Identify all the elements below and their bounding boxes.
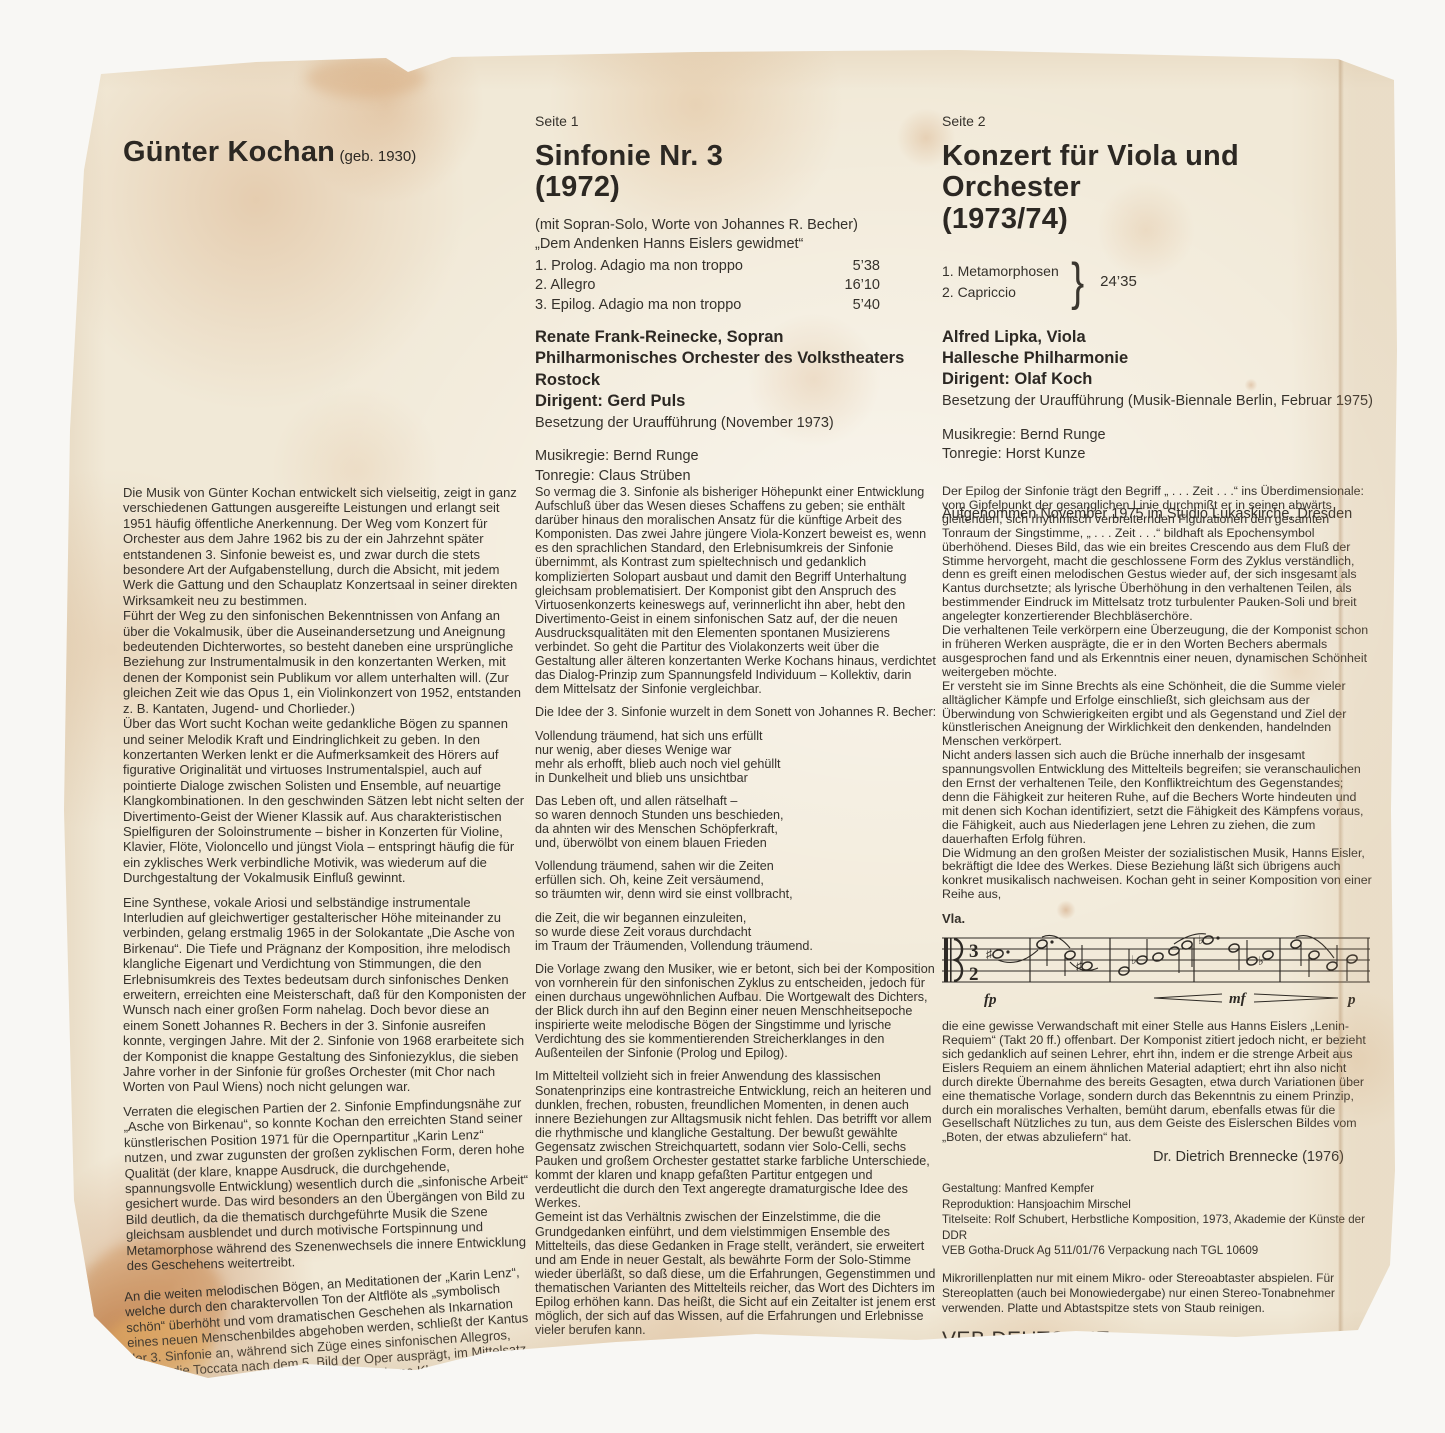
essay-paragraph: Der Epilog der Sinfonie trägt den Begrif… — [942, 485, 1372, 624]
composer-name: Günter Kochan — [123, 136, 335, 168]
essay-paragraph: Im Mittelteil vollzieht sich in freier A… — [535, 1069, 937, 1210]
composer-birth-year: (geb. 1930) — [340, 148, 417, 165]
side1-premiere-note: Besetzung der Uraufführung (November 197… — [535, 414, 955, 434]
side2-production-credits: Musikregie: Bernd Runge Tonregie: Horst … — [942, 426, 1382, 465]
essay-column-right: Der Epilog der Sinfonie trägt den Begrif… — [942, 485, 1372, 1415]
price-label: 10,10 M — [1274, 1362, 1372, 1390]
track-row: 1. Prolog. Adagio ma non troppo 5’38 — [535, 257, 880, 277]
track-row: 2. Allegro 16’10 — [535, 276, 880, 296]
poem-stanza: Das Leben oft, und allen rätselhaft – so… — [535, 794, 937, 850]
publisher-block: VEB DEUTSCHE SCHALLPLATTEN BERLIN DDR Ma… — [942, 1328, 1372, 1415]
svg-text:♯: ♯ — [1076, 959, 1082, 973]
music-notation: 3 2 — [942, 928, 1372, 1012]
essay-column-middle: So vermag die 3. Sinfonie als bisheriger… — [535, 485, 937, 1337]
essay-paragraph: die eine gewisse Verwandschaft mit einer… — [942, 1020, 1372, 1145]
author-signature: Dr. Dietrich Brennecke (1976) — [942, 1151, 1372, 1165]
publisher-line1: VEB DEUTSCHE SCHALLPLATTEN — [942, 1328, 1274, 1376]
side1-year: (1972) — [535, 171, 620, 203]
performer: Dirigent: Olaf Koch — [942, 369, 1382, 390]
slurs — [998, 934, 1334, 971]
movement: 1. Metamorphosen — [942, 261, 1059, 282]
side2-title: Konzert für Viola und Orchester (1973/74… — [942, 141, 1382, 235]
side1-tracklist: 1. Prolog. Adagio ma non troppo 5’38 2. … — [535, 257, 955, 316]
poem-stanza: Vollendung träumend, sahen wir die Zeite… — [535, 859, 937, 901]
essay-paragraph: Die Widmung an den großen Meister der so… — [942, 847, 1372, 903]
side2-total-duration: 24’35 — [1100, 272, 1137, 292]
publisher-name: VEB DEUTSCHE SCHALLPLATTEN BERLIN DDR — [942, 1328, 1274, 1400]
side1-performers: Renate Frank-Reinecke, Sopran Philharmon… — [535, 327, 955, 411]
performer: Alfred Lipka, Viola — [942, 327, 1382, 348]
time-signature-bottom: 2 — [969, 964, 979, 985]
essay-paragraph: Verraten die elegischen Partien der 2. S… — [123, 1095, 531, 1274]
essay-paragraph: Eine Synthese, vokale Ariosi und selbstä… — [123, 895, 527, 1095]
dynamic-p: p — [1346, 992, 1356, 1008]
essay-paragraph: Gemeint ist das Verhältnis zwischen der … — [535, 1210, 937, 1337]
side2-premiere-note: Besetzung der Uraufführung (Musik-Bienna… — [942, 392, 1382, 412]
essay-paragraph: Über das Wort sucht Kochan weite gedankl… — [123, 716, 527, 885]
production-credits: Gestaltung: Manfred Kempfer Reproduktion… — [942, 1181, 1372, 1259]
side2-title-text: Konzert für Viola und Orchester — [942, 140, 1239, 203]
brace-glyph: } — [1071, 247, 1084, 317]
essay-paragraph: Er versteht sie im Sinne Brechts als ein… — [942, 680, 1372, 750]
essay-paragraph: Die Musik von Günter Kochan entwickelt s… — [123, 485, 527, 608]
dynamic-fp: fp — [984, 992, 997, 1008]
essay-paragraph: Führt der Weg zu den sinfonischen Bekenn… — [123, 608, 527, 716]
essay-paragraph: Die verhaltenen Teile verkörpern eine Üb… — [942, 624, 1372, 680]
paper-stain — [306, 58, 426, 98]
side1-dedication: „Dem Andenken Hanns Eislers gewidmet“ — [535, 235, 955, 255]
track-label: 3. Epilog. Adagio ma non troppo — [535, 296, 741, 316]
svg-text:♯: ♯ — [986, 947, 992, 961]
essay-paragraph: So vermag die 3. Sinfonie als bisheriger… — [535, 485, 937, 696]
movement: 2. Capriccio — [942, 282, 1059, 303]
track-label: 2. Allegro — [535, 276, 595, 296]
performer: Dirigent: Gerd Puls — [535, 391, 955, 412]
dynamic-mf: mf — [1229, 991, 1248, 1007]
side2-movements: 1. Metamorphosen 2. Capriccio } 24’35 — [942, 247, 1382, 317]
side1-label: Seite 1 — [535, 112, 955, 131]
performer: Hallesche Philharmonie — [942, 348, 1382, 369]
essay-paragraph: Die Idee der 3. Sinfonie wurzelt in dem … — [535, 705, 937, 719]
side1-title: Sinfonie Nr. 3 (1972) — [535, 141, 955, 204]
side2-year: (1973/74) — [942, 203, 1068, 235]
essay-paragraph: Die Vorlage zwang den Musiker, wie er be… — [535, 962, 937, 1061]
made-in-label: Made in German Democratic Republic — [942, 1401, 1274, 1415]
decrescendo-hairpin — [1254, 994, 1338, 1002]
track-row: 3. Epilog. Adagio ma non troppo 5’40 — [535, 296, 880, 316]
side2-performers: Alfred Lipka, Viola Hallesche Philharmon… — [942, 327, 1382, 390]
performer: Renate Frank-Reinecke, Sopran — [535, 327, 955, 348]
viola-part-label: Vla. — [942, 912, 1372, 926]
svg-text:♭: ♭ — [1258, 954, 1264, 968]
track-duration: 5’38 — [853, 257, 880, 277]
essay-paragraph: Nicht anders lassen sich auch die Brüche… — [942, 749, 1372, 846]
side2-label: Seite 2 — [942, 112, 1382, 131]
crescendo-hairpin — [1154, 994, 1222, 1002]
tonregie-line: Tonregie: Horst Kunze — [942, 445, 1382, 465]
side1-subtitle: (mit Sopran-Solo, Worte von Johannes R. … — [535, 216, 955, 236]
tonregie-line: Tonregie: Claus Strüben — [535, 467, 955, 487]
composer-heading: Günter Kochan (geb. 1930) — [123, 136, 523, 169]
side1-title-text: Sinfonie Nr. 3 — [535, 140, 723, 172]
essay-paragraph: An die weiten melodischen Bögen, an Medi… — [124, 1264, 536, 1428]
side2-header: Seite 2 Konzert für Viola und Orchester … — [942, 112, 1382, 525]
side1-production-credits: Musikregie: Bernd Runge Tonregie: Claus … — [535, 447, 955, 486]
credit-line: Gestaltung: Manfred Kempfer — [942, 1181, 1372, 1197]
track-label: 1. Prolog. Adagio ma non troppo — [535, 257, 743, 277]
playback-instructions: Mikrorillenplatten nur mit einem Mikro- … — [942, 1271, 1372, 1316]
publisher-line2: BERLIN DDR — [942, 1376, 1274, 1400]
credit-line: Titelseite: Rolf Schubert, Herbstliche K… — [942, 1212, 1372, 1243]
performer: Philharmonisches Orchester des Volksthea… — [535, 348, 955, 390]
track-duration: 16’10 — [845, 276, 880, 296]
credit-line: Reproduktion: Hansjoachim Mirschel — [942, 1197, 1372, 1213]
essay-column-left: Die Musik von Günter Kochan entwickelt s… — [123, 485, 527, 1403]
musikregie-line: Musikregie: Bernd Runge — [535, 447, 955, 467]
side1-header: Seite 1 Sinfonie Nr. 3 (1972) (mit Sopra… — [535, 112, 955, 486]
time-signature-top: 3 — [969, 941, 979, 962]
track-duration: 5’40 — [853, 296, 880, 316]
record-sleeve-back: Günter Kochan (geb. 1930) Seite 1 Sinfon… — [56, 50, 1403, 1380]
credit-line: VEB Gotha-Druck Ag 511/01/76 Verpackung … — [942, 1243, 1372, 1259]
svg-text:♭: ♭ — [1198, 933, 1204, 947]
svg-text:♭: ♭ — [1131, 953, 1137, 967]
poem-stanza: Vollendung träumend, hat sich uns erfüll… — [535, 729, 937, 785]
poem-stanza: die Zeit, die wir begannen einzuleiten, … — [535, 911, 937, 953]
musikregie-line: Musikregie: Bernd Runge — [942, 426, 1382, 446]
